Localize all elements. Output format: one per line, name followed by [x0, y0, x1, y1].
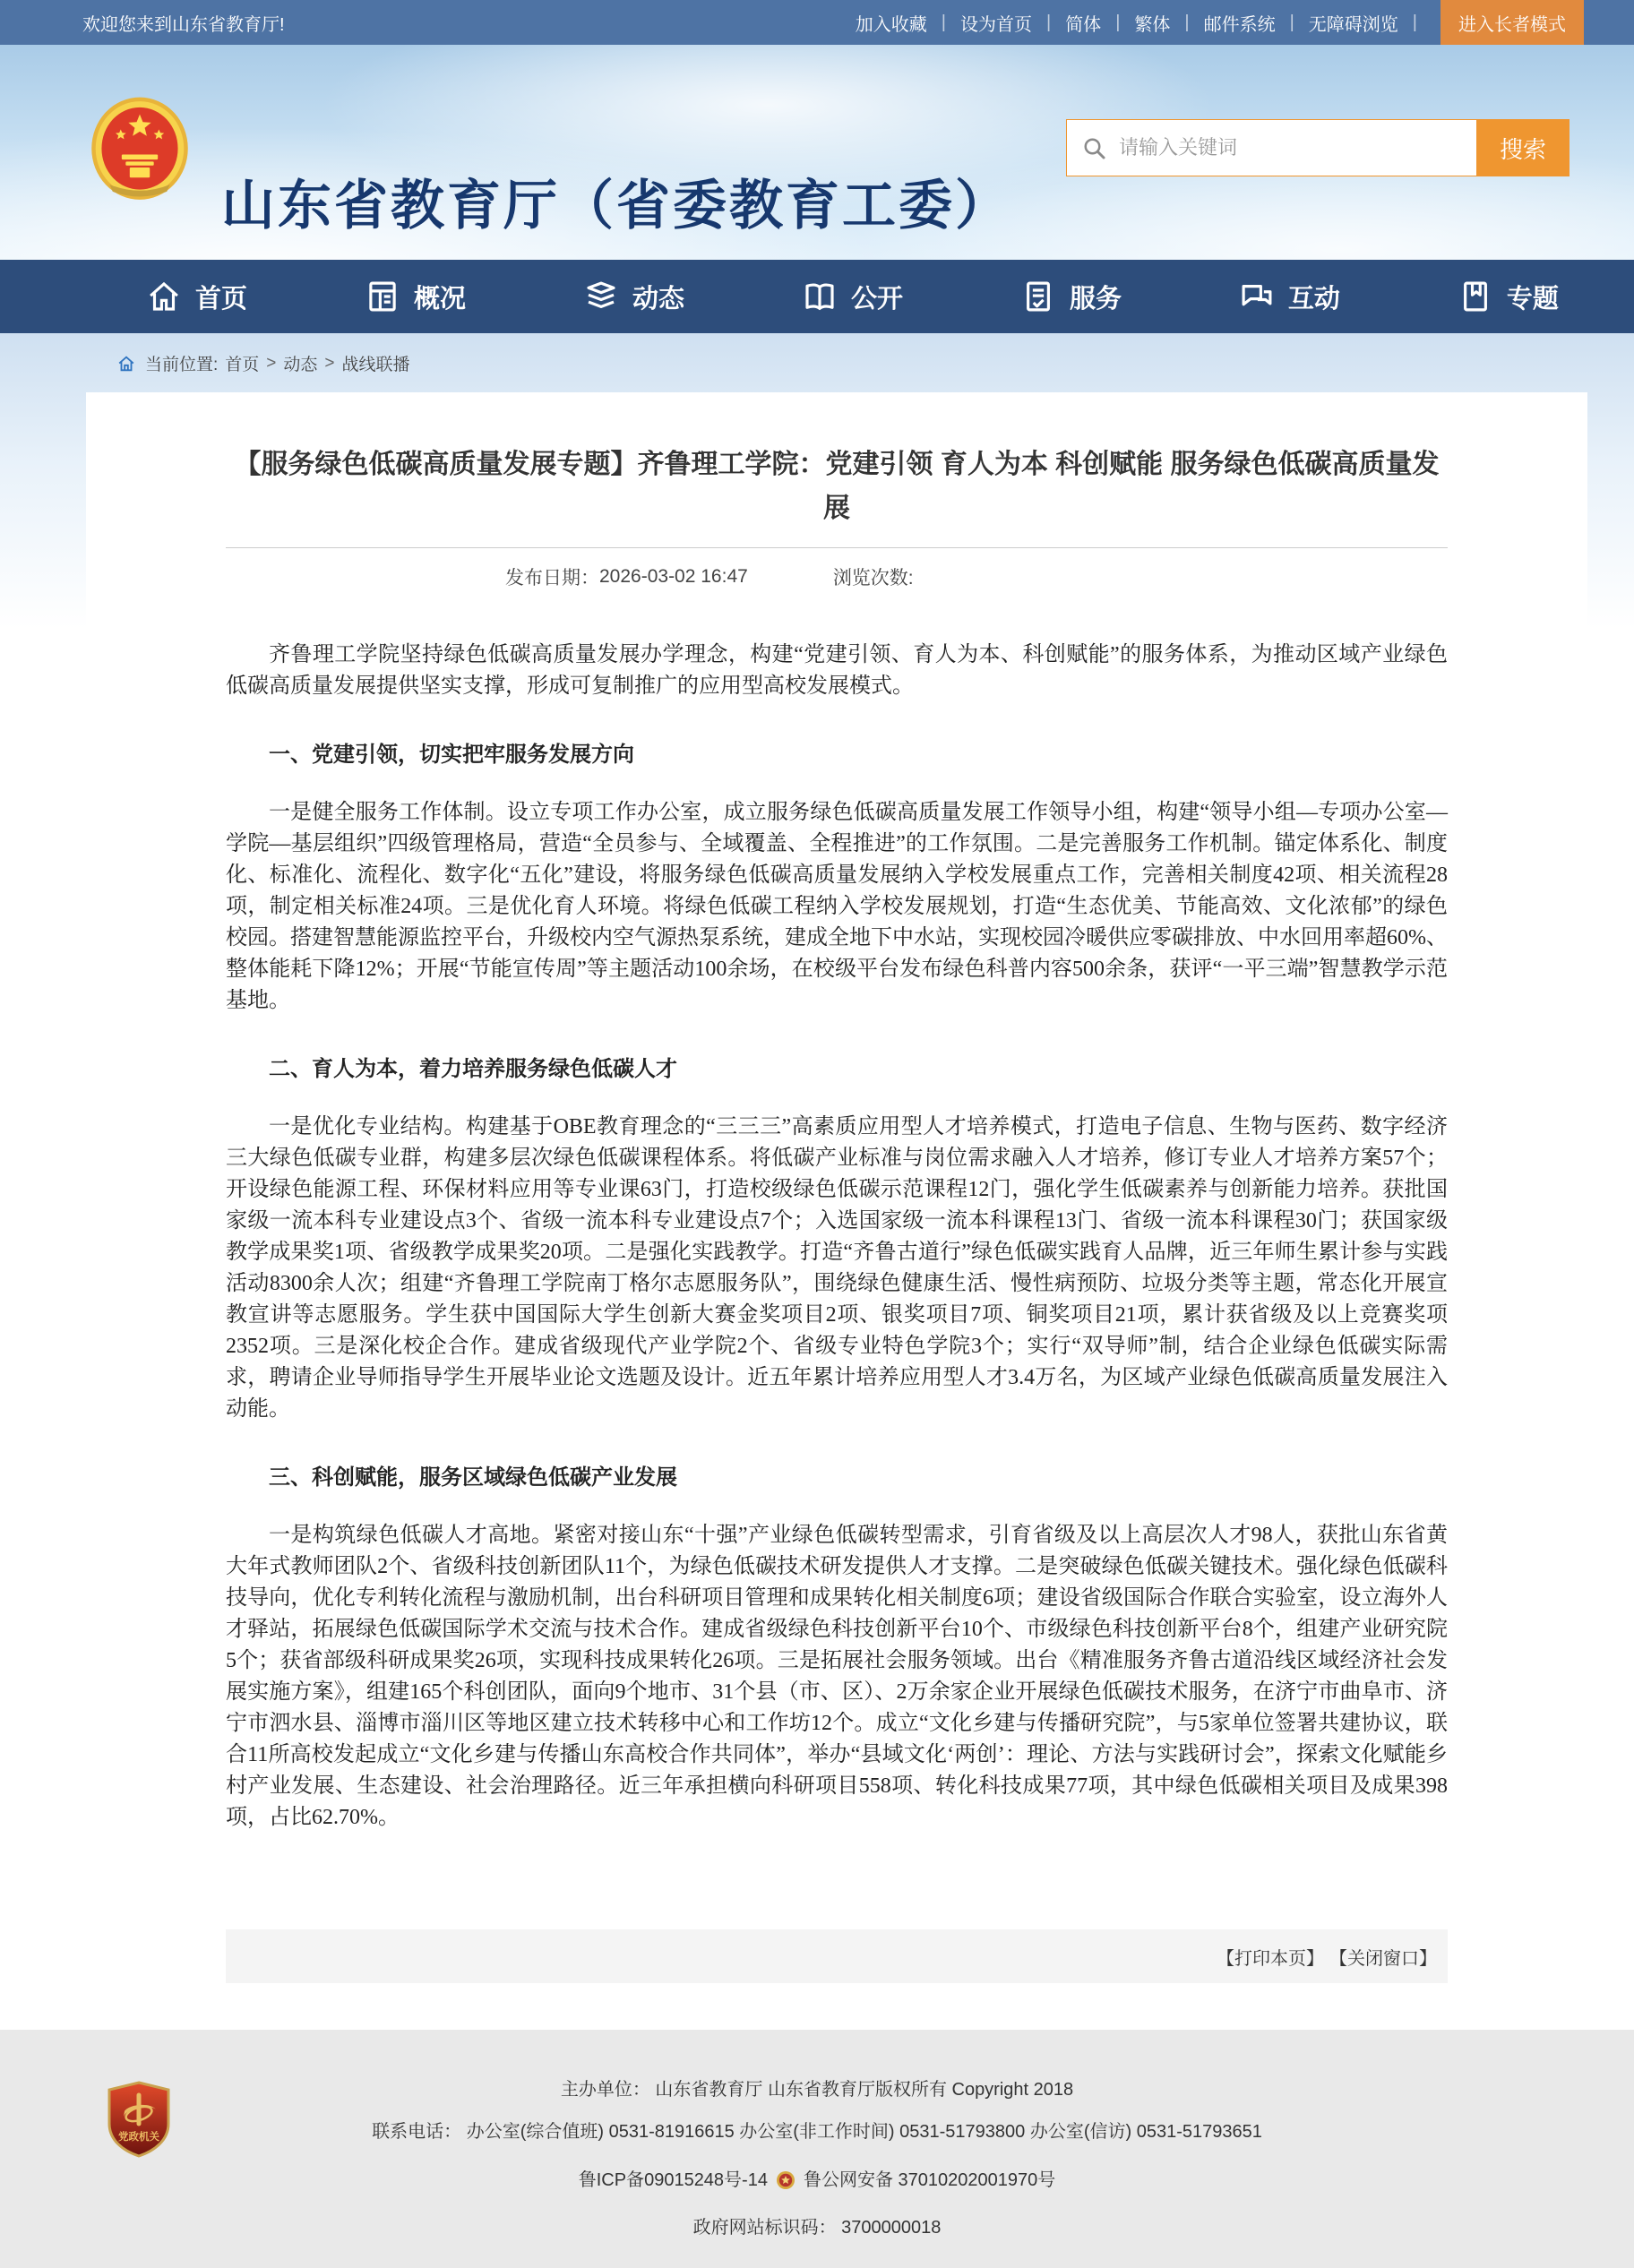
print-page-button[interactable]: 【打印本页】	[1217, 1944, 1324, 1970]
article-intro: 齐鲁理工学院坚持绿色低碳高质量发展办学理念，构建“党建引领、育人为本、科创赋能”…	[226, 640, 1448, 702]
special-icon	[1457, 278, 1494, 315]
police-record-link[interactable]: 鲁公网安备 37010202001970号	[804, 2170, 1055, 2191]
link-accessibility[interactable]: 无障碍浏览	[1305, 10, 1402, 36]
footer-sponsor-line: 主办单位： 山东省教育厅 山东省教育厅版权所有 Copyright 2018	[0, 2030, 1634, 2100]
section-body-3: 一是构筑绿色低碳人才高地。紧密对接山东“十强”产业绿色低碳转型需求，引育省级及以…	[226, 1520, 1448, 1834]
nav-item-overview[interactable]: 概况	[364, 278, 466, 315]
nav-label: 互动	[1288, 279, 1340, 315]
footer-contact-line: 联系电话： 办公室(综合值班) 0531-81916615 办公室(非工作时间)…	[0, 2122, 1634, 2143]
nav-label: 首页	[195, 279, 247, 315]
page: 欢迎您来到山东省教育厅! 加入收藏 | 设为首页 | 简体 | 繁体 | 邮件系…	[0, 0, 1634, 2268]
divider	[226, 547, 1448, 548]
breadcrumb-separator: >	[324, 354, 334, 374]
home-icon	[116, 354, 136, 374]
link-simplified-chinese[interactable]: 简体	[1062, 10, 1105, 36]
nav-label: 专题	[1507, 279, 1559, 315]
search-button[interactable]: 搜索	[1476, 119, 1569, 176]
separator: |	[1115, 13, 1120, 33]
site-title: 山东省教育厅（省委教育工委）	[221, 163, 1011, 240]
topbar-links: 加入收藏 | 设为首页 | 简体 | 繁体 | 邮件系统 | 无障碍浏览 | 进…	[852, 0, 1584, 45]
section-heading-1: 一、党建引领，切实把牢服务发展方向	[226, 739, 1448, 770]
separator: |	[1413, 13, 1417, 33]
nav-item-interaction[interactable]: 互动	[1238, 278, 1340, 315]
search-input[interactable]	[1067, 120, 1476, 176]
breadcrumb-separator: >	[266, 354, 276, 374]
publish-date-label: 发布日期：	[505, 563, 599, 590]
section-body-1: 一是健全服务工作体制。设立专项工作办公室，成立服务绿色低碳高质量发展工作领导小组…	[226, 797, 1448, 1017]
icp-record-link[interactable]: 鲁ICP备09015248号-14	[579, 2170, 768, 2191]
home-icon	[145, 278, 183, 315]
service-icon	[1019, 278, 1057, 315]
nav-label: 服务	[1070, 279, 1122, 315]
close-window-button[interactable]: 【关闭窗口】	[1329, 1944, 1437, 1970]
nav-item-home[interactable]: 首页	[145, 278, 247, 315]
article-meta: 发布日期： 2026-03-02 16:47 浏览次数:	[226, 563, 1448, 590]
police-badge-icon	[775, 2169, 796, 2191]
section-body-2: 一是优化专业结构。构建基于OBE教育理念的“三三三”高素质应用型人才培养模式，打…	[226, 1112, 1448, 1425]
nav-label: 概况	[414, 279, 466, 315]
article-body: 齐鲁理工学院坚持绿色低碳高质量发展办学理念，构建“党建引领、育人为本、科创赋能”…	[226, 640, 1448, 1834]
link-traditional-chinese[interactable]: 繁体	[1131, 10, 1174, 36]
link-add-favorite[interactable]: 加入收藏	[852, 10, 931, 36]
site-header: 山东省教育厅（省委教育工委） 搜索	[0, 45, 1634, 260]
elder-mode-button[interactable]: 进入长者模式	[1440, 0, 1584, 45]
breadcrumb-news[interactable]: 动态	[283, 351, 317, 375]
article-title: 【服务绿色低碳高质量发展专题】齐鲁理工学院：党建引领 育人为本 科创赋能 服务绿…	[226, 442, 1448, 530]
nav-item-special[interactable]: 专题	[1457, 278, 1559, 315]
topbar: 欢迎您来到山东省教育厅! 加入收藏 | 设为首页 | 简体 | 繁体 | 邮件系…	[0, 0, 1634, 45]
national-emblem-logo	[90, 96, 190, 205]
nav-label: 动态	[632, 279, 684, 315]
search-box: 搜索	[1066, 119, 1569, 176]
publish-date-value: 2026-03-02 16:47	[599, 566, 748, 588]
party-government-badge[interactable]: 党政机关	[106, 2081, 172, 2158]
nav-item-news[interactable]: 动态	[582, 278, 684, 315]
link-set-homepage[interactable]: 设为首页	[957, 10, 1036, 36]
separator: |	[1184, 13, 1189, 33]
open-book-icon	[801, 278, 838, 315]
breadcrumb-prefix: 当前位置:	[145, 351, 218, 375]
overview-icon	[364, 278, 401, 315]
views-label: 浏览次数:	[833, 563, 914, 590]
breadcrumb-home[interactable]: 首页	[225, 351, 259, 375]
nav-label: 公开	[851, 279, 903, 315]
breadcrumb-current: 战线联播	[342, 351, 410, 375]
separator: |	[942, 13, 946, 33]
footer-site-code: 政府网站标识码： 3700000018	[0, 2218, 1634, 2238]
main-nav: 首页 概况 动态 公开 服务	[0, 260, 1634, 333]
separator: |	[1046, 13, 1051, 33]
footer-record-line: 鲁ICP备09015248号-14 鲁公网安备 37010202001970号	[0, 2169, 1634, 2191]
news-icon	[582, 278, 620, 315]
nav-item-service[interactable]: 服务	[1019, 278, 1122, 315]
nav-item-disclosure[interactable]: 公开	[801, 278, 903, 315]
separator: |	[1290, 13, 1294, 33]
interaction-icon	[1238, 278, 1276, 315]
article-actions-bar: 【打印本页】 【关闭窗口】	[226, 1929, 1448, 1983]
search-icon	[1081, 135, 1108, 162]
section-heading-3: 三、科创赋能，服务区域绿色低碳产业发展	[226, 1462, 1448, 1493]
footer: 党政机关 主办单位： 山东省教育厅 山东省教育厅版权所有 Copyright 2…	[0, 2030, 1634, 2268]
section-heading-2: 二、育人为本，着力培养服务绿色低碳人才	[226, 1053, 1448, 1085]
svg-text:党政机关: 党政机关	[118, 2130, 159, 2143]
breadcrumb: 当前位置: 首页 > 动态 > 战线联播	[116, 351, 410, 375]
article-card: 【服务绿色低碳高质量发展专题】齐鲁理工学院：党建引领 育人为本 科创赋能 服务绿…	[86, 392, 1587, 2030]
welcome-text: 欢迎您来到山东省教育厅!	[82, 0, 285, 45]
link-mail-system[interactable]: 邮件系统	[1200, 10, 1279, 36]
